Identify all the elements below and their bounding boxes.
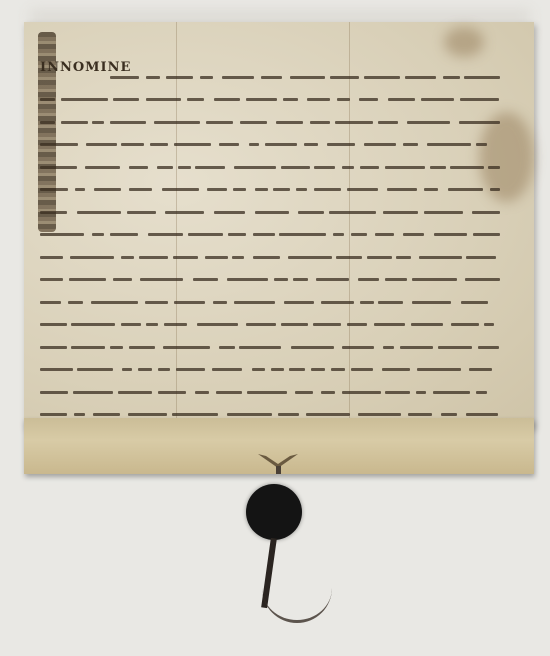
text-line [40,218,500,241]
text-line [40,308,500,331]
text-line [40,60,500,83]
text-line [40,263,500,286]
wax-seal [246,484,302,540]
text-line [40,195,500,218]
text-line [40,150,500,173]
text-line [40,240,500,263]
text-line [40,83,500,106]
text-line [40,128,500,151]
text-line [40,330,500,353]
text-line [40,285,500,308]
seal-tassel [262,580,332,623]
text-line [40,398,500,421]
text-line [40,353,500,376]
charter-text-block [40,60,500,443]
text-line [40,375,500,398]
seal-tag [256,452,300,474]
text-line [40,105,500,128]
stain [444,27,484,57]
text-line [40,173,500,196]
